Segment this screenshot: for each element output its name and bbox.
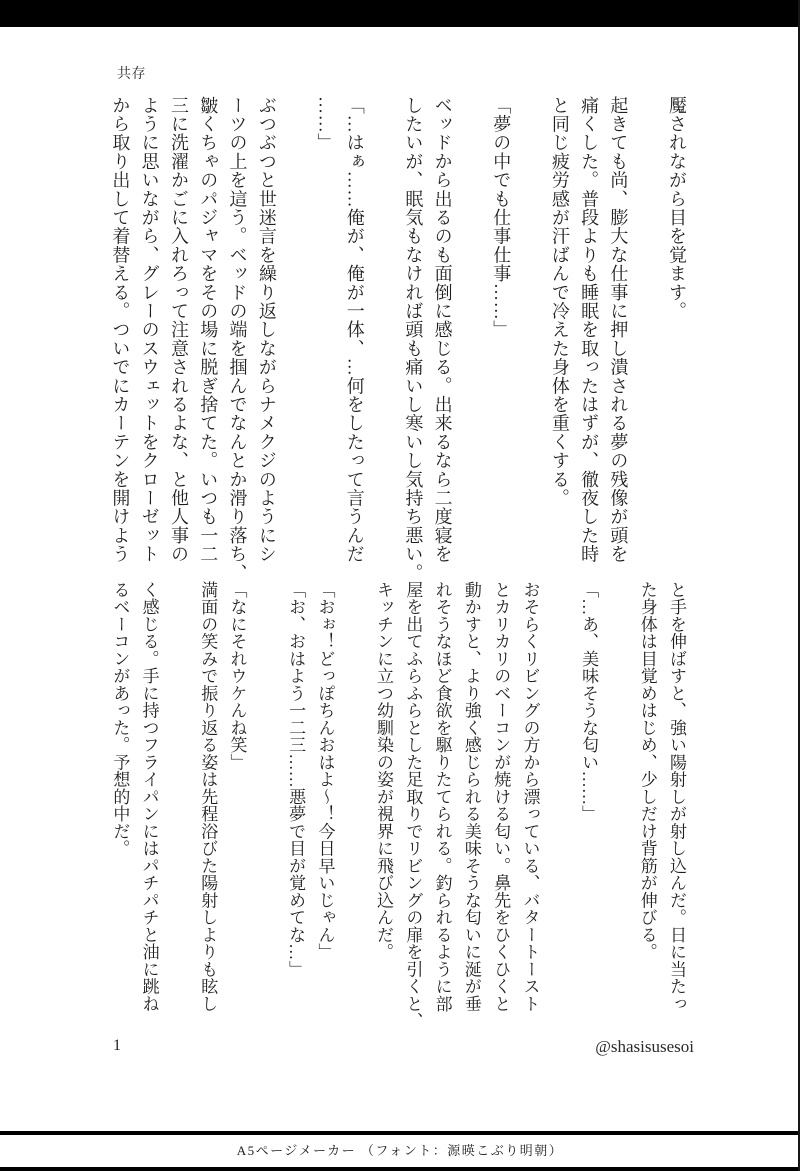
text-line: [164, 581, 193, 1011]
text-line: ぶつぶつと世迷言を繰り返しながらナメクジのようにシ: [252, 96, 281, 564]
text-line: 痛くした。普段よりも睡眠を取ったはずが、徹夜した時: [574, 96, 603, 564]
text-line: ……」: [310, 96, 339, 564]
text-line: から取り出して着替える。ついでにカーテンを開けよう: [105, 96, 134, 564]
top-black-bar: [0, 0, 800, 27]
text-line: く感じる。手に持つフライパンにはパチパチと油に跳ね: [134, 581, 163, 1011]
text-line: 「おぉ！どっぽちんおはよ～！今日早いじゃん」: [310, 581, 339, 1011]
bottom-black-bar: [0, 1167, 800, 1171]
novel-page: { "colors": { "paper": "#ffffff", "ink":…: [0, 0, 800, 1171]
text-line: ベッドから出るのも面倒に感じる。出来るなら二度寝を: [427, 96, 456, 564]
text-line: 「お、おはよう一二三……悪夢で目が覚めてな…」: [281, 581, 310, 1011]
running-head-title: 共存: [117, 63, 146, 83]
text-line: た身体は目覚めはじめ、少しだけ背筋が伸びる。: [632, 581, 661, 1011]
text-line: [515, 96, 544, 564]
text-line: とカリカリのベーコンが焼ける匂い。鼻先をひくひくと: [486, 581, 515, 1011]
text-line: おそらくリビングの方から漂っている、バタートースト: [515, 581, 544, 1011]
text-line: 「…あ、美味そうな匂い……」: [574, 581, 603, 1011]
text-line: [603, 581, 632, 1011]
text-line: と同じ疲労感が汗ばんで冷えた身体を重くする。: [545, 96, 574, 564]
text-line: れそうなほど食欲を駆りたてられる。釣られるように部: [427, 581, 456, 1011]
text-line: ように思いながら、グレーのスウェットをクローゼット: [134, 96, 163, 564]
text-line: 「なにそれウケんね笑」: [222, 581, 251, 1011]
text-line: 魘されながら目を覚ます。: [662, 96, 691, 564]
text-line: [281, 96, 310, 564]
story-text-upper-block: 魘されながら目を覚ます。 起きても尚、膨大な仕事に押し潰される夢の残像が頭を痛く…: [104, 96, 691, 564]
text-line: したいが、眠気もなければ頭も痛いし寒いし気持ち悪い。: [398, 96, 427, 564]
text-line: と手を伸ばすと、強い陽射しが射し込んだ。日に当たっ: [662, 581, 691, 1011]
text-line: 「夢の中でも仕事仕事……」: [486, 96, 515, 564]
text-line: キッチンに立つ幼馴染の姿が視界に飛び込んだ。: [369, 581, 398, 1011]
text-line: 「…はぁ……俺が、俺が一体、…何をしたって言うんだ: [339, 96, 368, 564]
text-line: [632, 96, 661, 564]
author-handle: @shasisusesoi: [595, 1037, 694, 1057]
page-number: 1: [113, 1037, 121, 1055]
footer-divider-line: [0, 1131, 800, 1135]
text-line: 起きても尚、膨大な仕事に押し潰される夢の残像が頭を: [603, 96, 632, 564]
text-line: ーツの上を這う。ベッドの端を掴んでなんとか滑り落ち、: [222, 96, 251, 564]
text-line: 屋を出てふらふらとした足取りでリビングの扉を引くと、: [398, 581, 427, 1011]
text-line: [369, 96, 398, 564]
text-line: るベーコンがあった。予想的中だ。: [105, 581, 134, 1011]
text-line: 動かすと、より強く感じられる美味そうな匂いに涎が垂: [457, 581, 486, 1011]
text-line: [252, 581, 281, 1011]
text-line: 満面の笑みで振り返る姿は先程浴びた陽射しよりも眩し: [193, 581, 222, 1011]
text-line: 皺くちゃのパジャマをその場に脱ぎ捨てた。いつも一二: [193, 96, 222, 564]
footer-caption: A5ページメーカー （フォント：源暎こぶり明朝）: [0, 1136, 800, 1167]
story-text-lower-block: と手を伸ばすと、強い陽射しが射し込んだ。日に当たった身体は目覚めはじめ、少しだけ…: [104, 581, 691, 1011]
text-line: [457, 96, 486, 564]
text-line: 三に洗濯かごに入れろって注意されるよな、と他人事の: [164, 96, 193, 564]
text-line: [545, 581, 574, 1011]
text-line: [339, 581, 368, 1011]
